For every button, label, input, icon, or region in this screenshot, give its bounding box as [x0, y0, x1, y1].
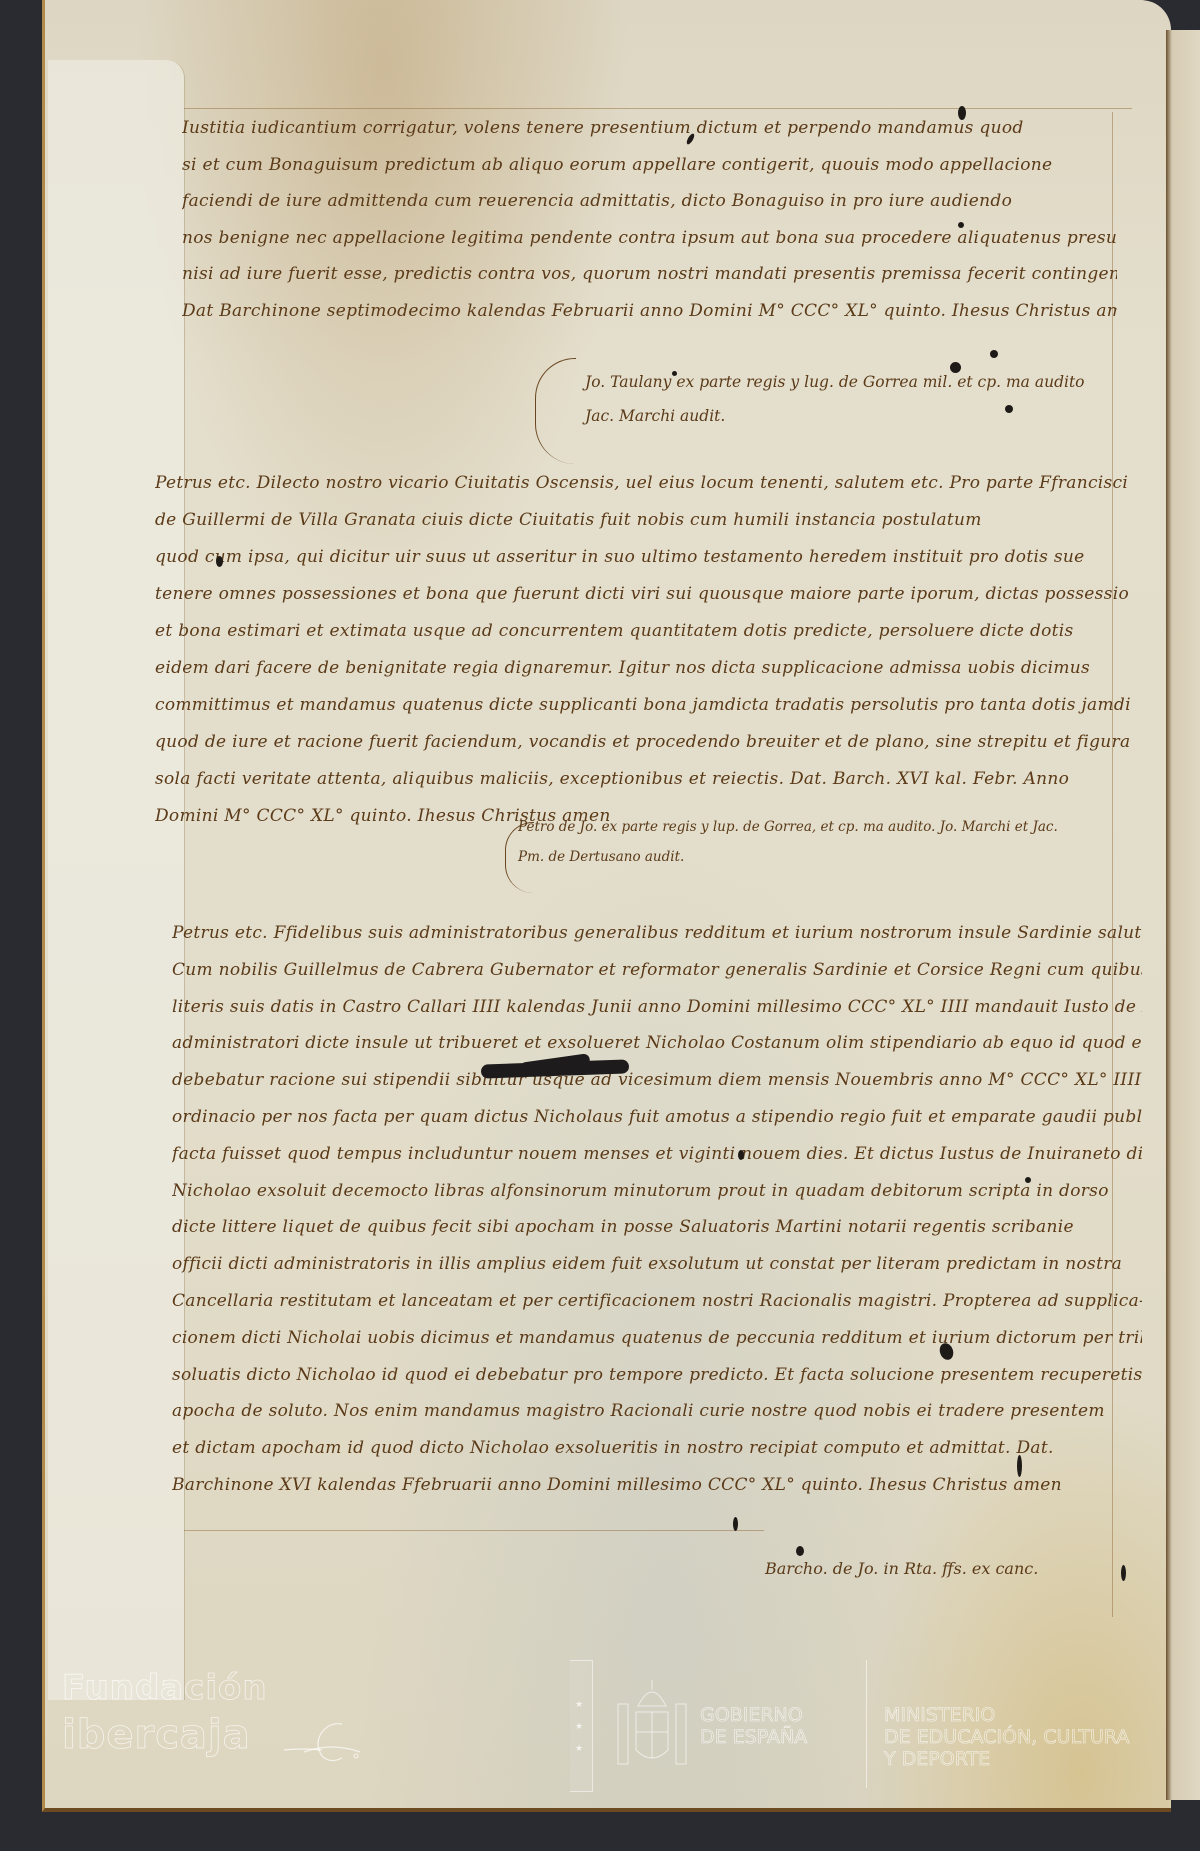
entry-line: tenere omnes possessiones et bona que fu… [155, 576, 1130, 613]
entry-line: cionem dicti Nicholai uobis dicimus et m… [172, 1320, 1142, 1357]
ink-blot [950, 362, 961, 373]
entry-1-signature: Jo. Taulany ex parte regis y lug. de Gor… [585, 365, 1055, 433]
entry-2-signature: Petro de Jo. ex parte regis y lup. de Go… [518, 812, 1128, 872]
entry-line: Nicholao exsoluit decemocto libras alfon… [172, 1173, 1142, 1210]
entry-line: Barchinone XVI kalendas Ffebruarii anno … [172, 1467, 1142, 1504]
entry-3-text: Petrus etc. Ffidelibus suis administrato… [172, 915, 1142, 1504]
ink-blot [1005, 405, 1013, 413]
ink-blot [733, 1517, 738, 1531]
star-icon: ★ [575, 1744, 583, 1754]
entry-line: Petrus etc. Ffidelibus suis administrato… [172, 915, 1142, 952]
coat-of-arms-icon [614, 1676, 690, 1770]
ink-blot [672, 371, 677, 376]
watermark-line: Y DEPORTE [884, 1748, 1129, 1770]
signature-line: Pm. de Dertusano audit. [518, 842, 1128, 872]
entry-3-signature: Barcho. de Jo. in Rta. ffs. ex canc. [765, 1552, 1125, 1586]
signature-line: Jo. Taulany ex parte regis y lug. de Gor… [585, 365, 1055, 399]
entry-line: et bona estimari et extimata usque ad co… [155, 613, 1130, 650]
watermark-line: GOBIERNO [700, 1704, 807, 1726]
entry-line: apocha de soluto. Nos enim mandamus magi… [172, 1393, 1142, 1430]
entry-line: Iustitia iudicantium corrigatur, volens … [182, 110, 1117, 147]
entry-line: si et cum Bonaguisum predictum ab aliquo… [182, 147, 1117, 184]
ink-blot [1121, 1565, 1126, 1581]
ink-blot [958, 222, 964, 228]
ink-blot [796, 1546, 804, 1556]
entry-line: quod de iure et racione fuerit faciendum… [155, 724, 1130, 761]
entry-line: literis suis datis in Castro Callari III… [172, 989, 1142, 1026]
watermark-line: MINISTERIO [884, 1704, 1129, 1726]
entry-line: faciendi de iure admittenda cum reuerenc… [182, 183, 1117, 220]
margin-ruling-bottom [184, 1530, 764, 1531]
entry-line: nisi ad iure fuerit esse, predictis cont… [182, 256, 1117, 293]
ink-blot [1017, 1455, 1022, 1477]
entry-line: sola facti veritate attenta, aliquibus m… [155, 761, 1130, 798]
entry-line: debebatur racione sui stipendii sibilitu… [172, 1062, 1142, 1099]
entry-line: soluatis dicto Nicholao id quod ei debeb… [172, 1357, 1142, 1394]
watermark-line: DE ESPAÑA [700, 1726, 807, 1748]
entry-1-text: Iustitia iudicantium corrigatur, volens … [182, 110, 1117, 329]
entry-line: committimus et mandamus quatenus dicte s… [155, 687, 1130, 724]
entry-line: de Guillermi de Villa Granata ciuis dict… [155, 502, 1130, 539]
entry-line: et dictam apocham id quod dicto Nicholao… [172, 1430, 1142, 1467]
watermark-divider [866, 1660, 867, 1788]
ibercaja-logo-icon [282, 1718, 362, 1768]
signature-line: Jac. Marchi audit. [585, 399, 1055, 433]
entry-line: Petrus etc. Dilecto nostro vicario Ciuit… [155, 465, 1130, 502]
star-icon: ★ [575, 1722, 583, 1732]
signature-line: Petro de Jo. ex parte regis y lup. de Go… [518, 812, 1128, 842]
watermark-ibercaja: ibercaja [62, 1712, 251, 1758]
entry-line: ordinacio per nos facta per quam dictus … [172, 1099, 1142, 1136]
watermark-fundacion: Fundación [62, 1668, 268, 1708]
watermark-ministerio: MINISTERIO DE EDUCACIÓN, CULTURA Y DEPOR… [884, 1704, 1129, 1770]
facing-page-edge [1166, 30, 1200, 1800]
entry-line: quod cum ipsa, qui dicitur uir suus ut a… [155, 539, 1130, 576]
entry-line: Dat Barchinone septimodecimo kalendas Fe… [182, 293, 1117, 330]
ink-blot [216, 556, 223, 567]
entry-line: eidem dari facere de benignitate regia d… [155, 650, 1130, 687]
watermark-line: DE EDUCACIÓN, CULTURA [884, 1726, 1129, 1748]
entry-line: administratori dicte insule ut tribueret… [172, 1025, 1142, 1062]
paper-repair-strip [48, 60, 185, 1700]
ink-blot [738, 1150, 744, 1160]
star-icon: ★ [575, 1700, 583, 1710]
watermark-gobierno: GOBIERNO DE ESPAÑA [700, 1704, 807, 1748]
ink-blot [1025, 1177, 1031, 1183]
ink-blot [958, 106, 966, 120]
ink-blot [990, 350, 998, 358]
signature-line: Barcho. de Jo. in Rta. ffs. ex canc. [765, 1552, 1125, 1586]
entry-line: Cum nobilis Guillelmus de Cabrera Gubern… [172, 952, 1142, 989]
entry-line: nos benigne nec appellacione legitima pe… [182, 220, 1117, 257]
entry-line: facta fuisset quod tempus includuntur no… [172, 1136, 1142, 1173]
entry-line: officii dicti administratoris in illis a… [172, 1246, 1142, 1283]
entry-line: Cancellaria restitutam et lanceatam et p… [172, 1283, 1142, 1320]
entry-2-text: Petrus etc. Dilecto nostro vicario Ciuit… [155, 465, 1130, 835]
entry-line: dicte littere liquet de quibus fecit sib… [172, 1209, 1142, 1246]
